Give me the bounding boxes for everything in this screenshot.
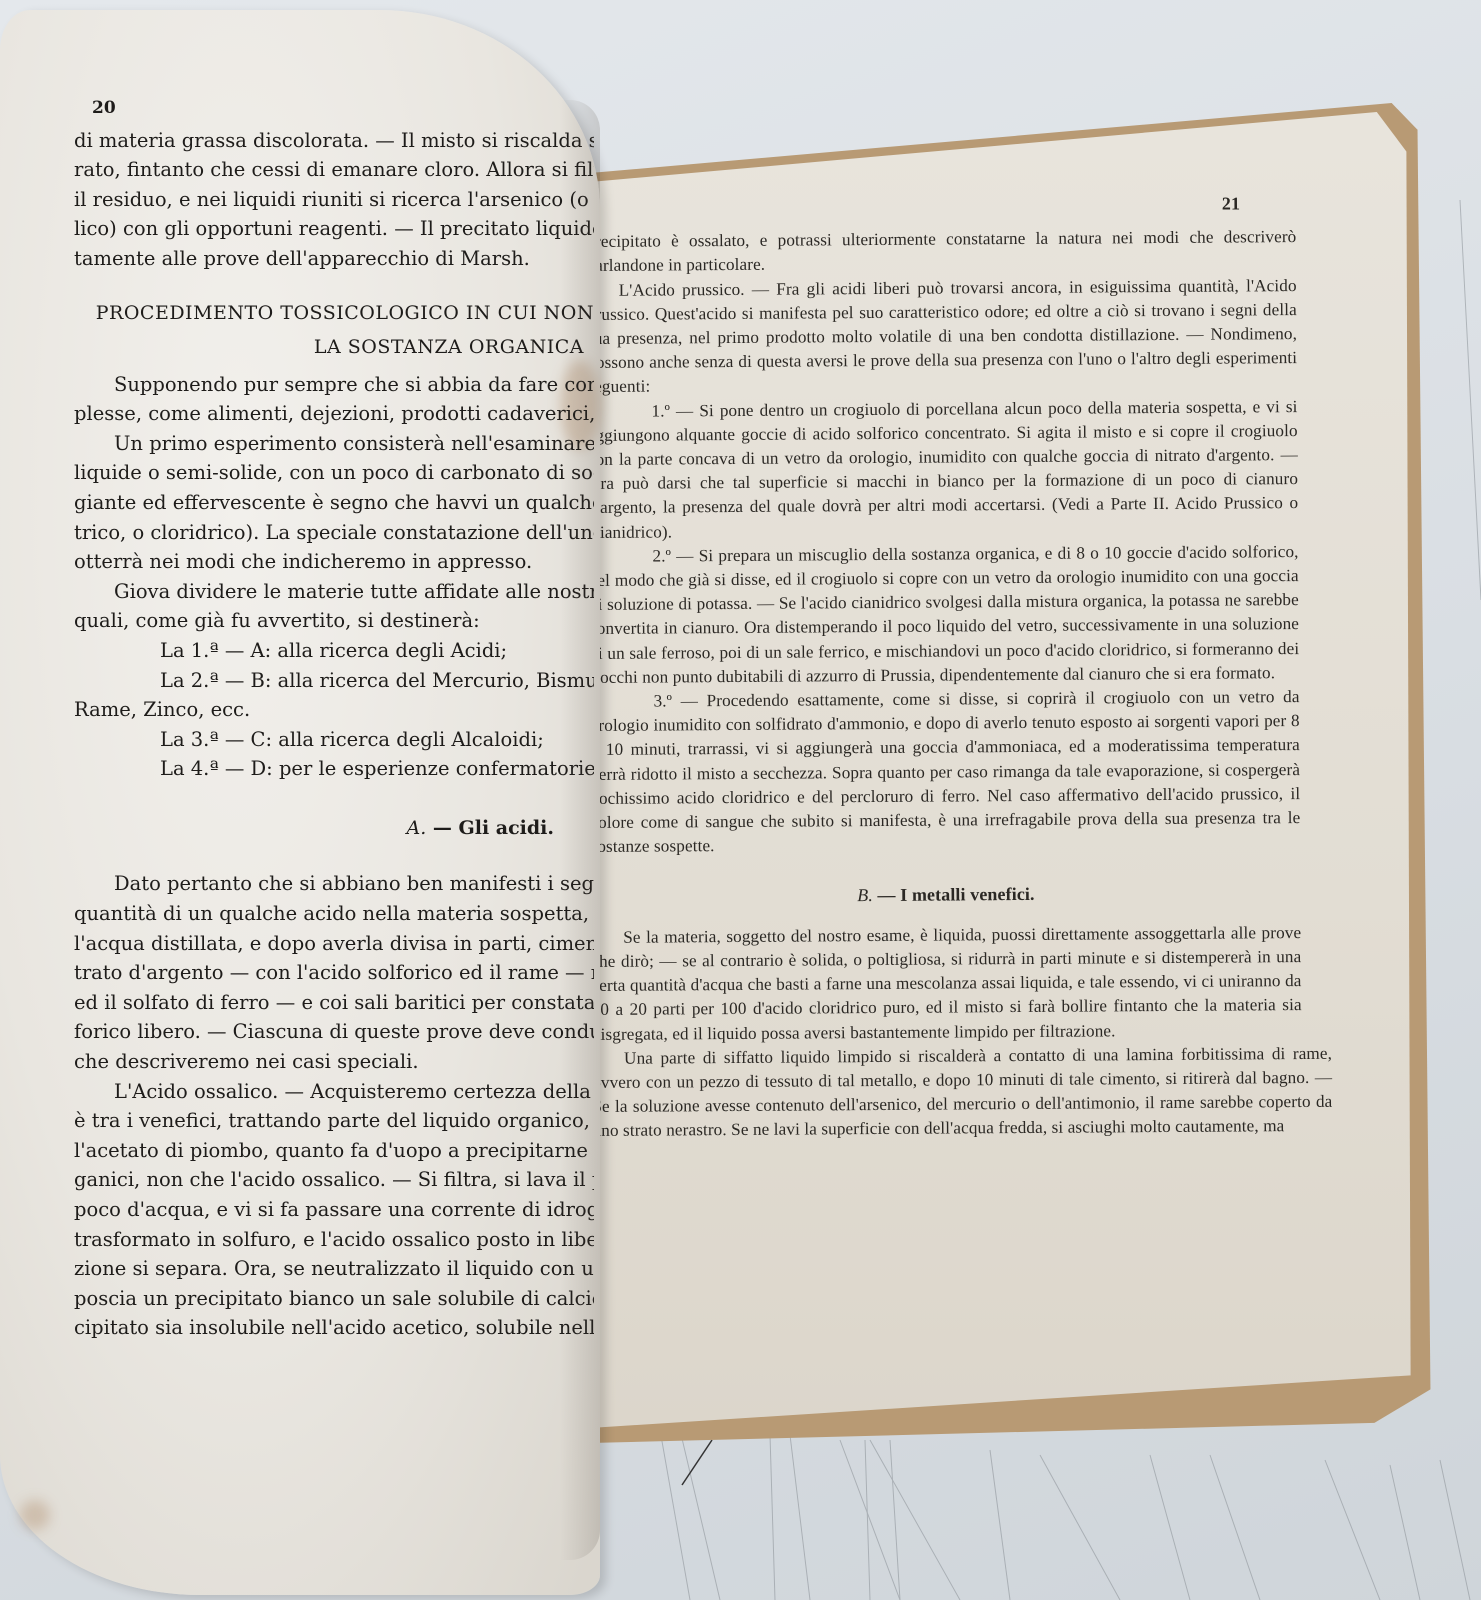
text-line: Un primo esperimento consisterà nell'esa… [74,429,594,459]
paragraph-test-2: 2.º — Si prepara un miscuglio della sost… [588,540,1299,690]
text-line: quali, come già fu avvertito, si destine… [74,606,594,636]
text-line: tamente alle prove dell'apparecchio di M… [74,244,594,274]
list-item: La 1.ª — A: alla ricerca degli Acidi; [74,636,594,666]
page-number-right: 21 [586,191,1240,220]
paragraph-metalli-2: Una parte di siffatto liquido limpido si… [592,1042,1333,1144]
right-page-text: 21 precipitato è ossalato, e potrassi ul… [586,191,1303,1143]
text-line: di materia grassa discolorata. — Il mist… [74,126,594,156]
text-line: otterrà nei modi che indicheremo in appr… [74,547,594,577]
text-line: poscia un precipitato bianco un sale sol… [74,1284,594,1314]
paragraph-test-3: 3.º — Procedendo esattamente, come si di… [589,685,1300,859]
text-line: è tra i venefici, trattando parte del li… [74,1106,594,1136]
page-number-left: 20 [92,94,594,124]
paragraph-acido-prussico: L'Acido prussico. — Fra gli acidi liberi… [587,274,1298,400]
text-line: lico) con gli opportuni reagenti. — Il p… [74,214,594,244]
section-letter: A. [407,817,427,839]
text-line: Giova dividere le materie tutte affidate… [74,577,594,607]
text-line: Dato pertanto che si abbiano ben manifes… [74,869,594,899]
page-curl-shadow [560,100,600,1560]
text-line: ganici, non che l'acido ossalico. — Si f… [74,1165,594,1195]
list-item: La 2.ª — B: alla ricerca del Mercurio, B… [74,666,594,696]
text-line: Supponendo pur sempre che si abbia da fa… [74,370,594,400]
text-line: liquide o semi-solide, con un poco di ca… [74,458,594,488]
text-line: l'acetato di piombo, quanto fa d'uopo a … [74,1136,594,1166]
text-line: giante ed effervescente è segno che havv… [74,488,594,518]
section-title: — I metalli venefici. [877,884,1034,905]
paragraph-test-1: 1.º — Si pone dentro un crogiuolo di por… [587,395,1298,545]
section-heading-acidi: A. — Gli acidi. [74,814,594,844]
text-line: ed il solfato di ferro — e coi sali bari… [74,988,594,1018]
text-line: l'acqua distillata, e dopo averla divisa… [74,929,594,959]
text-line: quantità di un qualche acido nella mater… [74,899,594,929]
list-item: La 3.ª — C: alla ricerca degli Alcaloidi… [74,725,594,755]
text-line-acido-ossalico: L'Acido ossalico. — Acquisteremo certezz… [74,1077,594,1107]
text-line: zione si separa. Ora, se neutralizzato i… [74,1254,594,1284]
text-line: trasformato in solfuro, e l'acido ossali… [74,1225,594,1255]
chapter-heading-line1: PROCEDIMENTO TOSSICOLOGICO IN CUI NON [74,296,594,330]
chapter-heading: PROCEDIMENTO TOSSICOLOGICO IN CUI NON LA… [74,296,594,364]
paragraph: precipitato è ossalato, e potrassi ulter… [586,225,1296,278]
left-page-text: 20 di materia grassa discolorata. — Il m… [74,94,594,1343]
text-line: rato, fintanto che cessi di emanare clor… [74,155,594,185]
section-letter: B. [857,885,873,905]
foxing-stain [20,1500,50,1530]
text-line: che descriveremo nei casi speciali. [74,1047,594,1077]
text-line: poco d'acqua, e vi si fa passare una cor… [74,1195,594,1225]
chapter-heading-line2: LA SOSTANZA ORGANICA [74,330,594,364]
hair-mark [682,1440,712,1485]
text-line: forico libero. — Ciascuna di queste prov… [74,1017,594,1047]
text-line: cipitato sia insolubile nell'acido aceti… [74,1313,594,1343]
section-title: — Gli acidi. [433,817,554,839]
section-heading-metalli: B. — I metalli venefici. [591,881,1301,910]
list-item: La 4.ª — D: per le esperienze confermato… [74,754,594,784]
text-line: plesse, come alimenti, dejezioni, prodot… [74,399,594,429]
paragraph-metalli-1: Se la materia, soggetto del nostro esame… [591,921,1302,1047]
list-item-continuation: Rame, Zinco, ecc. [74,695,594,725]
text-line: trico, o cloridrico). La speciale consta… [74,518,594,548]
text-line: trato d'argento — con l'acido solforico … [74,958,594,988]
text-line: il residuo, e nei liquidi riuniti si ric… [74,185,594,215]
